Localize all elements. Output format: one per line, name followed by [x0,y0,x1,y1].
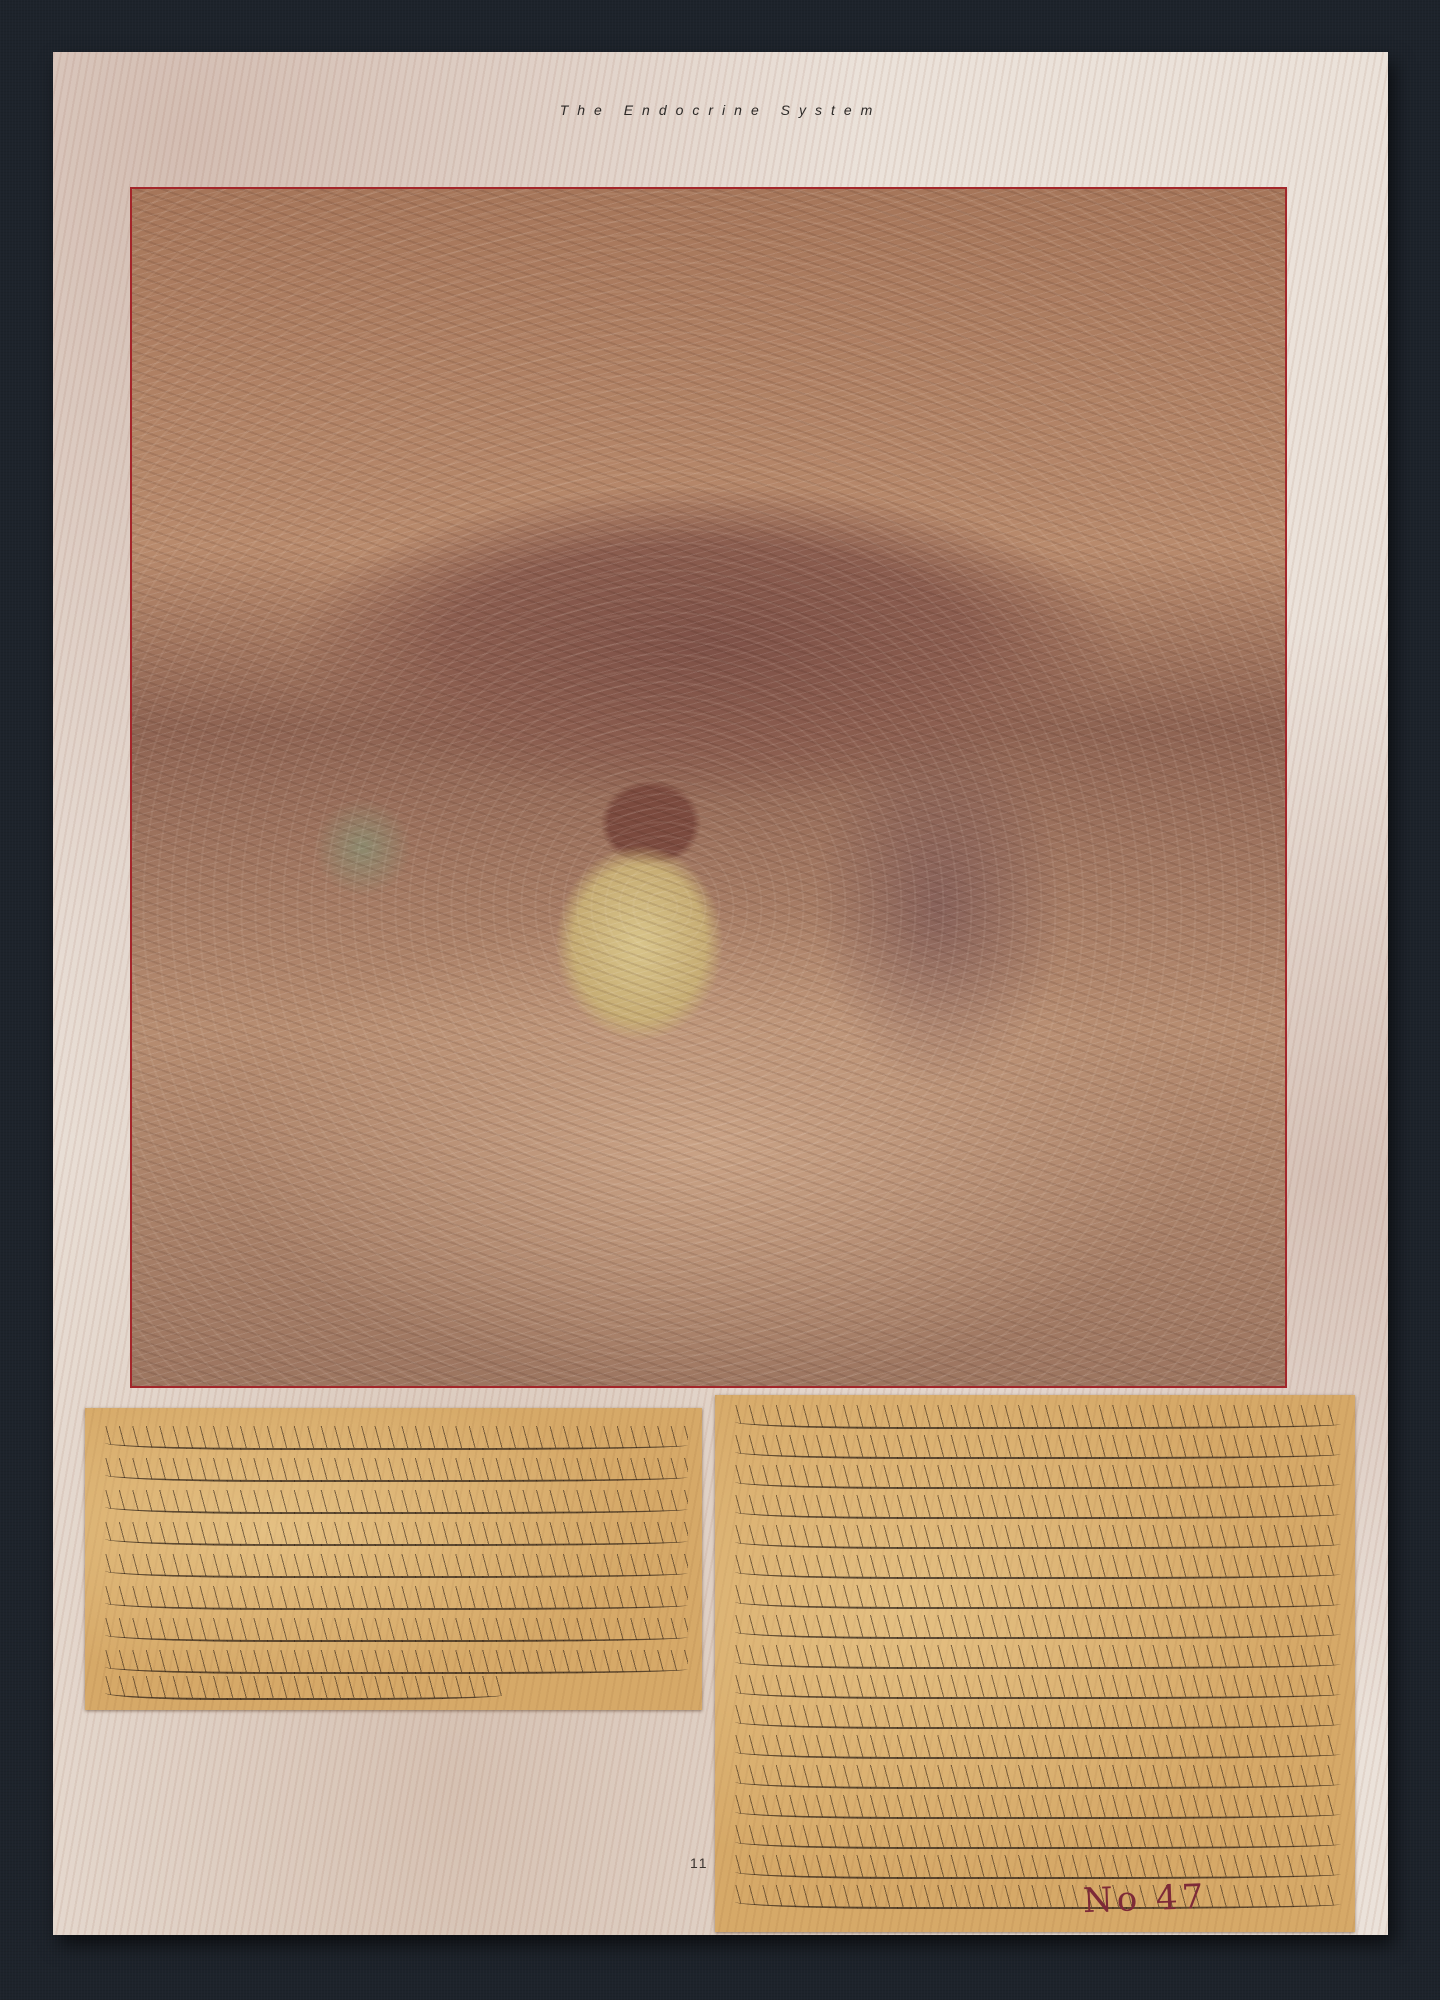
script-line [735,1735,1341,1759]
script-line [105,1650,688,1674]
script-line [735,1765,1341,1789]
script-line [105,1618,688,1642]
script-line [735,1885,1341,1909]
script-line [735,1525,1341,1549]
script-line [735,1675,1341,1699]
script-line [105,1586,688,1610]
script-line [735,1795,1341,1819]
script-line [105,1554,688,1578]
script-line [105,1522,688,1546]
script-line [735,1585,1341,1609]
script-line [735,1615,1341,1639]
script-line [105,1676,502,1700]
script-line [735,1465,1341,1489]
script-line [735,1645,1341,1669]
artwork-title: The Endocrine System [53,102,1388,118]
page-number: 11 [690,1855,709,1871]
script-line [105,1458,688,1482]
script-line [735,1855,1341,1879]
script-line [105,1490,688,1514]
artwork-paper: The Endocrine System 11 No 47 [53,52,1388,1935]
script-line [105,1426,688,1450]
handwritten-note-right [715,1395,1355,1932]
catalog-number: No 47 [1082,1877,1208,1921]
script-line [735,1495,1341,1519]
handwritten-note-left [85,1408,702,1710]
script-line [735,1825,1341,1849]
script-line [735,1405,1341,1429]
script-line [735,1435,1341,1459]
abstract-painting-panel [130,187,1287,1388]
script-line [735,1705,1341,1729]
script-line [735,1555,1341,1579]
